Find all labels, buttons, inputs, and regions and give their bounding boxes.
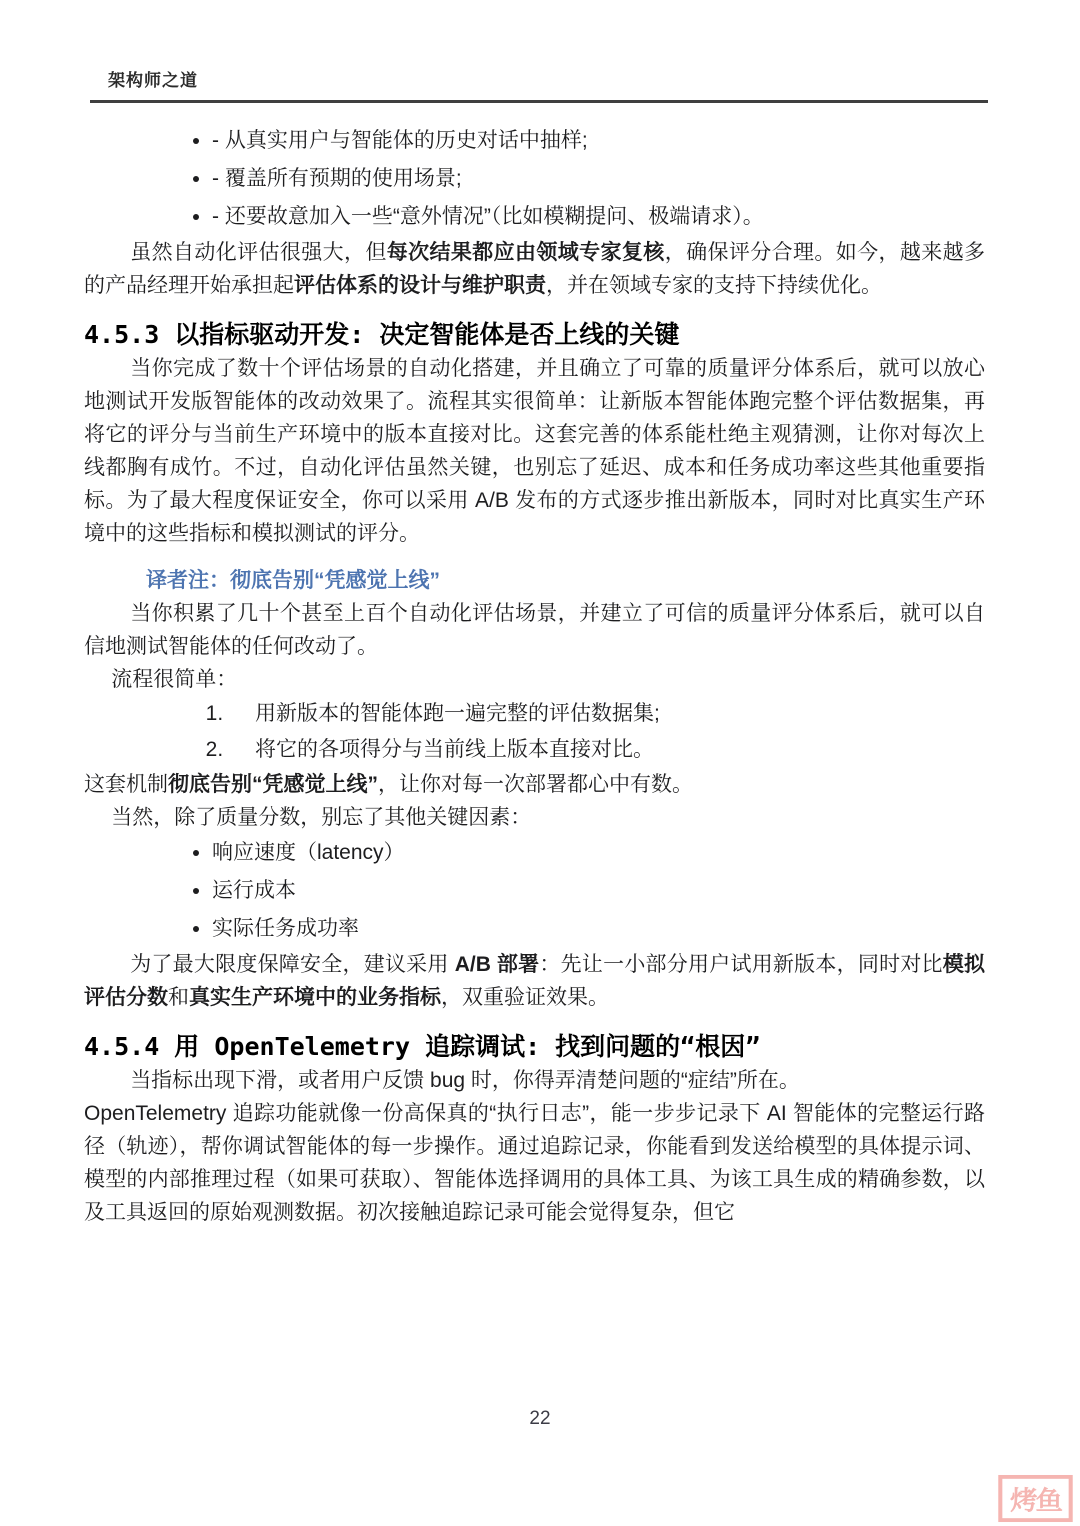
paragraph-trace-lead: 当指标出现下滑，或者用户反馈 bug 时，你得弄清楚问题的“症结”所在。 [84,1064,985,1097]
text-segment: A/B 部署 [455,953,540,976]
list-item: - 从真实用户与智能体的历史对话中抽样; [212,122,985,160]
flow-steps-list: 用新版本的智能体跑一遍完整的评估数据集;将它的各项得分与当前线上版本直接对比。 [84,696,985,768]
text-segment: 为了最大限度保障安全，建议采用 [130,953,455,976]
text-segment: 真实生产环境中的业务指标 [189,986,441,1009]
paragraph-mechanism: 这套机制彻底告别“凭感觉上线”，让你对每一次部署都心中有数。 [84,768,985,801]
factor-bullet-list: 响应速度（latency）运行成本实际任务成功率 [84,834,985,948]
list-item: - 覆盖所有预期的使用场景; [212,160,985,198]
page-content: - 从真实用户与智能体的历史对话中抽样;- 覆盖所有预期的使用场景;- 还要故意… [84,122,985,1229]
page-header: 架构师之道 [90,66,988,103]
paragraph-confidence: 当你积累了几十个甚至上百个自动化评估场景，并建立了可信的质量评分体系后，就可以自… [84,597,985,663]
paragraph-ab-deploy: 为了最大限度保障安全，建议采用 A/B 部署：先让一小部分用户试用新版本，同时对… [84,948,985,1014]
list-item: 将它的各项得分与当前线上版本直接对比。 [229,732,985,768]
list-item: 响应速度（latency） [212,834,985,872]
text-segment: ，让你对每一次部署都心中有数。 [378,773,693,796]
paragraph-expert-review: 虽然自动化评估很强大，但每次结果都应由领域专家复核，确保评分合理。如今，越来越多… [84,236,985,302]
section-heading-453: 4.5.3 以指标驱动开发: 决定智能体是否上线的关键 [84,318,985,352]
book-title: 架构师之道 [90,66,988,91]
paragraph-factors-intro: 当然，除了质量分数，别忘了其他关键因素： [84,801,985,834]
translator-note: 译者注：彻底告别“凭感觉上线” [84,564,985,597]
paragraph-metric-driven: 当你完成了数十个评估场景的自动化搭建，并且确立了可靠的质量评分体系后，就可以放心… [84,352,985,550]
page-number: 22 [0,1408,1080,1430]
text-segment: ：先让一小部分用户试用新版本，同时对比 [539,953,942,976]
text-segment: 评估体系的设计与维护职责 [294,274,546,297]
watermark-stamp: 烤鱼 [998,1475,1072,1522]
text-segment: ，双重验证效果。 [441,986,609,1009]
text-segment: 彻底告别“凭感觉上线” [168,773,378,796]
document-page: 架构师之道 - 从真实用户与智能体的历史对话中抽样;- 覆盖所有预期的使用场景;… [0,0,1080,1526]
list-item: 运行成本 [212,872,985,910]
paragraph-trace-body: OpenTelemetry 追踪功能就像一份高保真的“执行日志”，能一步步记录下… [84,1097,985,1229]
text-segment: 和 [168,986,189,1009]
list-item: 用新版本的智能体跑一遍完整的评估数据集; [229,696,985,732]
text-segment: 这套机制 [84,773,168,796]
text-segment: 每次结果都应由领域专家复核 [387,241,665,264]
list-item: - 还要故意加入一些“意外情况”（比如模糊提问、极端请求）。 [212,198,985,236]
list-item: 实际任务成功率 [212,910,985,948]
section-heading-454: 4.5.4 用 OpenTelemetry 追踪调试: 找到问题的“根因” [84,1030,985,1064]
text-segment: ，并在领域专家的支持下持续优化。 [546,274,882,297]
paragraph-flow-intro: 流程很简单： [84,663,985,696]
intro-bullet-list: - 从真实用户与智能体的历史对话中抽样;- 覆盖所有预期的使用场景;- 还要故意… [84,122,985,236]
stamp-seal-text: 烤鱼 [1010,1480,1061,1517]
text-segment: 虽然自动化评估很强大，但 [130,241,387,264]
